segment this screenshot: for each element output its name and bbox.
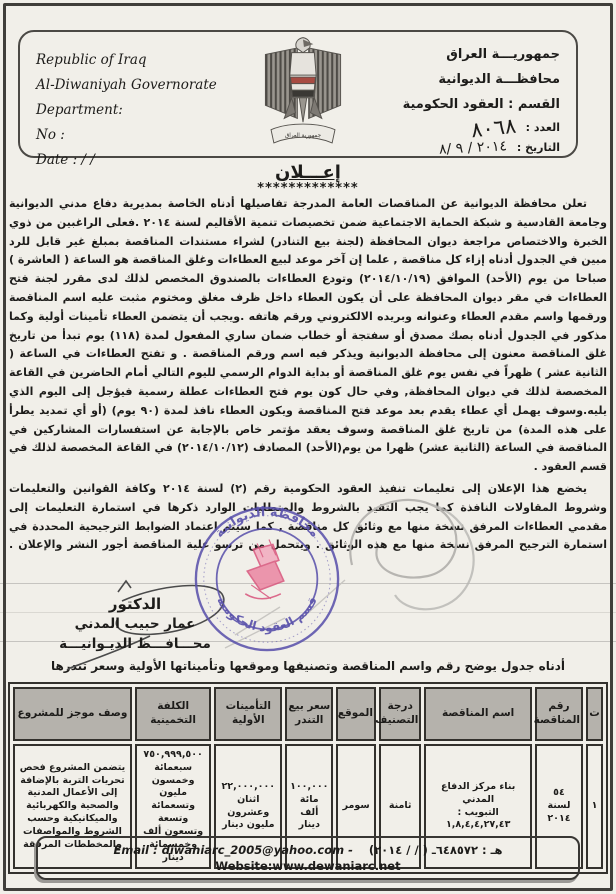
number-label-en: No : [36, 123, 231, 148]
number-label-ar: العدد : [526, 119, 560, 137]
announcement-title: إعـــلان [0, 162, 616, 183]
country-name-ar: جمهوريـــة العراق [375, 42, 560, 67]
col-header-tender-name: اسم المناقصة [424, 687, 532, 741]
col-header-tender-price: سعر بيع التندر [285, 687, 333, 741]
footer-email-text: Email : diwaniarc_2005@yahoo.com - [114, 843, 353, 858]
document-number-handwritten: ٨٠٦٨ [470, 117, 517, 140]
col-header-location: الموقع [336, 687, 376, 741]
iraq-coat-of-arms-icon: جمهورية العراق [256, 35, 350, 153]
letterhead-arabic: جمهوريـــة العراق محافظـــة الديوانية ال… [375, 40, 560, 148]
signer-title: الدكتور [55, 594, 215, 614]
stamp-top-text: محافظة الديوانية [212, 505, 322, 541]
stamp-bottom-text: قسم العقود الحكومية [214, 594, 320, 635]
department-label-en: Department: [36, 98, 231, 123]
date-label-ar: التاريخ : [517, 139, 560, 157]
svg-text:محافظة الديوانية: محافظة الديوانية [212, 505, 322, 541]
footer-line1: Email : diwaniarc_2005@yahoo.com - هـ : … [38, 843, 578, 858]
col-header-insurance: التأمينات الأولية [214, 687, 282, 741]
footer-website-text: Website:www.dewaniarc.net [38, 859, 578, 873]
letterhead: Republic of Iraq Al-Diwaniyah Governorat… [18, 30, 578, 158]
country-name-en: Republic of Iraq [36, 48, 231, 73]
col-header-description: وصف موجز للمشروع [13, 687, 132, 741]
cell-seq: ١ [586, 744, 603, 869]
document-date-row: التاريخ : ٢٠١٤ / ٩ /٨ [375, 139, 560, 157]
signer-role: محـــافـــظ الديـوانيـــة [55, 634, 215, 654]
document-date-handwritten: ٢٠١٤ / ٩ /٨ [438, 137, 507, 159]
table-header-row: ت رقم المناقصة اسم المناقصة درجة التصنيف… [13, 687, 603, 741]
title-divider-stars: ************* [0, 183, 616, 195]
col-header-seq: ت [586, 687, 603, 741]
governorate-name-en: Al-Diwaniyah Governorate [36, 73, 231, 98]
footer-contact-box: Email : diwaniarc_2005@yahoo.com - هـ : … [36, 836, 580, 880]
governorate-name-ar: محافظـــة الديوانية [375, 67, 560, 92]
announcement-title-block: إعـــلان ************* [0, 162, 616, 195]
signature-block: الدكتور عمار حبيب المدني محـــافـــظ الد… [55, 594, 215, 654]
col-header-grade: درجة التصنيف [379, 687, 421, 741]
svg-text:قسم العقود الحكومية: قسم العقود الحكومية [214, 594, 320, 635]
signer-name: عمار حبيب المدني [55, 614, 215, 634]
emblem-container: جمهورية العراق [253, 40, 353, 148]
document-number-row: العدد : ٨٠٦٨ [375, 119, 560, 137]
table-caption: أدناه جدول يوضح رقم واسم المناقصة وتصنيف… [0, 659, 616, 673]
department-name-ar: القسم : العقود الحكومية [375, 92, 560, 117]
stamp-center-emblem [245, 540, 284, 599]
paragraph-main: تعلن محافظة الديوانية عن المناقصات العام… [9, 195, 607, 477]
emblem-banner-text: جمهورية العراق [285, 133, 322, 139]
col-header-tender-no: رقم المناقصة [535, 687, 583, 741]
footer-phone-text: هـ : ٦٤٨٥٧٢ـ ( / / ٢٠١٤) [369, 843, 503, 858]
col-header-estimated-cost: الكلفة التخمينية [135, 687, 211, 741]
document-page: Republic of Iraq Al-Diwaniyah Governorat… [0, 0, 616, 894]
letterhead-english: Republic of Iraq Al-Diwaniyah Governorat… [36, 40, 231, 148]
